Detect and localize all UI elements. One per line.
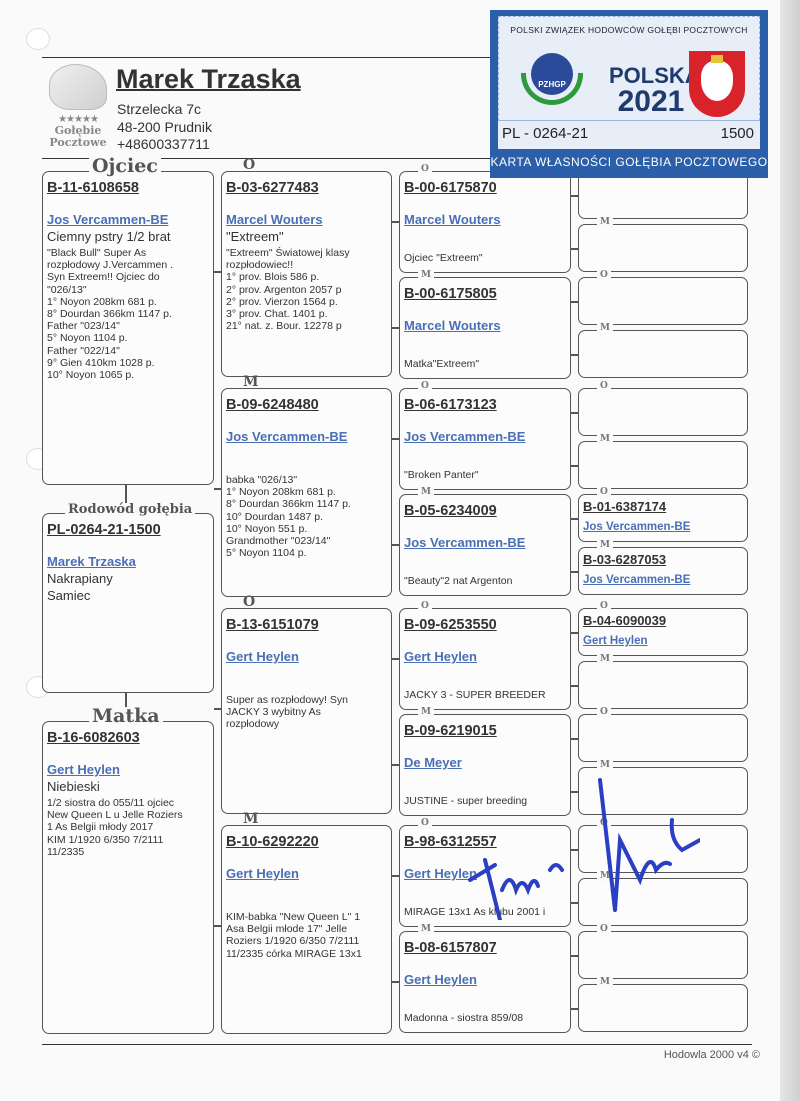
pigeon-head-icon (49, 64, 107, 110)
gg-grandparent-box[interactable]: O (578, 171, 748, 219)
sire-legend: Ojciec (89, 157, 161, 175)
gg-grandparent-box[interactable]: O (578, 714, 748, 762)
card-ring: PL - 0264-21 (502, 125, 588, 142)
connector (571, 791, 578, 793)
sex-legend: O (240, 597, 258, 608)
gg-grandparent-box[interactable]: OB-01-6387174Jos Vercammen-BE (578, 494, 748, 542)
sire-box[interactable]: Ojciec B-11-6108658 Jos Vercammen-BE Cie… (42, 171, 214, 485)
connector (571, 301, 578, 303)
notes: "Beauty"2 nat Argenton (404, 575, 512, 587)
sex-legend: O (597, 707, 611, 718)
sex-legend: O (597, 924, 611, 935)
connector (392, 875, 399, 877)
connector (571, 955, 578, 957)
card-panel: POLSKI ZWIĄZEK HODOWCÓW GOŁĘBI POCZTOWYC… (498, 16, 760, 136)
ownership-card: POLSKI ZWIĄZEK HODOWCÓW GOŁĘBI POCZTOWYC… (490, 10, 768, 178)
connector (571, 465, 578, 467)
connector (392, 438, 399, 440)
notes: "Extreem" Światowej klasy rozpłodowiec!!… (226, 247, 387, 332)
grandparent-box[interactable]: OB-13-6151079Gert HeylenSuper as rozpłod… (221, 608, 392, 814)
ring-number: B-10-6292220 (226, 834, 391, 850)
scan-edge (780, 0, 800, 1101)
notes: Ojciec "Extreem" (404, 252, 483, 264)
pigeon-breeder[interactable]: Marek Trzaska (47, 554, 213, 569)
sex-legend: O (597, 818, 611, 829)
connector (571, 354, 578, 356)
gg-grandparent-box[interactable]: O (578, 388, 748, 436)
card-number: 1500 (721, 125, 754, 142)
footer-rule (42, 1044, 752, 1045)
pzhgp-badge: PZHGP (531, 53, 573, 95)
connector (392, 764, 399, 766)
grandparent-box[interactable]: MB-10-6292220Gert HeylenKIM-babka "New Q… (221, 825, 392, 1034)
color-description: "Extreem" (226, 229, 391, 244)
notes: Super as rozpłodowy! Syn JACKY 3 wybitny… (226, 694, 387, 731)
software-credit: Hodowla 2000 v4 © (664, 1049, 760, 1061)
pzhgp-logo-icon: PZHGP (521, 47, 581, 107)
polish-eagle-icon (689, 51, 745, 117)
sex-legend: M (597, 760, 613, 771)
great-grandparent-box[interactable]: OB-06-6173123Jos Vercammen-BE"Broken Pan… (399, 388, 571, 490)
sex-legend: M (597, 323, 613, 334)
connector (392, 221, 399, 223)
ring-number: B-08-6157807 (404, 940, 570, 956)
notes: KIM-babka "New Queen L" 1 Asa Belgii mło… (226, 911, 387, 960)
breeder-link[interactable]: Gert Heylen (226, 866, 391, 881)
notes: babka "026/13" 1° Noyon 208km 681 p. 8° … (226, 474, 387, 559)
connector (571, 571, 578, 573)
connector (214, 488, 221, 490)
sex-legend: M (418, 270, 434, 281)
gg-grandparent-box[interactable]: MB-03-6287053Jos Vercammen-BE (578, 547, 748, 595)
sex-legend: M (597, 217, 613, 228)
breeder-link[interactable]: Marcel Wouters (226, 212, 391, 227)
great-grandparent-box[interactable]: MB-09-6219015De MeyerJUSTINE - super bre… (399, 714, 571, 816)
breeder-link[interactable]: Gert Heylen (226, 649, 391, 664)
pigeon-color: Nakrapiany (47, 571, 213, 586)
connector (571, 1008, 578, 1010)
gg-grandparent-box[interactable]: O (578, 277, 748, 325)
breeder-link[interactable]: Jos Vercammen-BE (404, 535, 570, 550)
sex-legend: M (240, 377, 262, 388)
gg-grandparent-box[interactable]: M (578, 224, 748, 272)
card-footer: KARTA WŁASNOŚCI GOŁĘBIA POCZTOWEGO (490, 155, 768, 169)
gg-grandparent-box[interactable]: O (578, 931, 748, 979)
sex-legend: O (418, 601, 432, 612)
breeder-link[interactable]: Jos Vercammen-BE (226, 429, 391, 444)
gg-grandparent-box[interactable]: M (578, 330, 748, 378)
ring-number: B-09-6253550 (404, 617, 570, 633)
breeder-link[interactable]: Marcel Wouters (404, 318, 570, 333)
pigeon-ring: PL-0264-21-1500 (47, 522, 213, 538)
gg-grandparent-box[interactable]: M (578, 767, 748, 815)
sire-breeder[interactable]: Jos Vercammen-BE (47, 212, 213, 227)
ring-number: B-00-6175870 (404, 180, 570, 196)
breeder-link[interactable]: Gert Heylen (404, 972, 570, 987)
connector (392, 658, 399, 660)
great-grandparent-box[interactable]: MB-08-6157807Gert HeylenMadonna - siostr… (399, 931, 571, 1033)
dam-color: Niebieski (47, 779, 213, 794)
sex-legend: O (418, 164, 432, 175)
sex-legend: M (597, 540, 613, 551)
ring-number: B-09-6219015 (404, 723, 570, 739)
ring-number: B-98-6312557 (404, 834, 570, 850)
breeder-link[interactable]: Jos Vercammen-BE (583, 521, 747, 533)
ring-number: B-00-6175805 (404, 286, 570, 302)
breeder-link[interactable]: Marcel Wouters (404, 212, 570, 227)
connector (571, 738, 578, 740)
connector (571, 685, 578, 687)
sex-legend: M (418, 487, 434, 498)
sire-color: Ciemny pstry 1/2 brat (47, 229, 213, 244)
eagle-icon (701, 61, 733, 101)
gg-grandparent-box[interactable]: M (578, 441, 748, 489)
sex-legend: M (597, 654, 613, 665)
breeder-link[interactable]: De Meyer (404, 755, 570, 770)
breeder-link[interactable]: Jos Vercammen-BE (404, 429, 570, 444)
sex-legend: M (597, 977, 613, 988)
breeder-link[interactable]: Gert Heylen (404, 649, 570, 664)
pigeon-legend: Rodowód gołębia (65, 503, 195, 516)
notes: MIRAGE 13x1 As klubu 2001 i (404, 906, 545, 918)
grandparent-box[interactable]: MB-09-6248480Jos Vercammen-BEbabka "026/… (221, 388, 392, 597)
sire-ring: B-11-6108658 (47, 180, 213, 196)
grandparent-box[interactable]: OB-03-6277483Marcel Wouters"Extreem""Ext… (221, 171, 392, 377)
dam-ring: B-16-6082603 (47, 730, 213, 746)
sex-legend: O (597, 270, 611, 281)
ring-number: B-03-6287053 (583, 552, 747, 567)
great-grandparent-box[interactable]: MB-00-6175805Marcel WoutersMatka"Extreem… (399, 277, 571, 379)
great-grandparent-box[interactable]: OB-09-6253550Gert HeylenJACKY 3 - SUPER … (399, 608, 571, 710)
gg-grandparent-box[interactable]: OB-04-6090039Gert Heylen (578, 608, 748, 656)
great-grandparent-box[interactable]: OB-00-6175870Marcel WoutersOjciec "Extre… (399, 171, 571, 273)
connector (392, 981, 399, 983)
notes: JUSTINE - super breeding (404, 795, 527, 807)
ring-number: B-03-6277483 (226, 180, 391, 196)
sex-legend: O (418, 818, 432, 829)
ring-number: B-05-6234009 (404, 503, 570, 519)
sex-legend: M (597, 871, 613, 882)
breeder-link[interactable]: Gert Heylen (404, 866, 570, 881)
pigeon-logo: ★★★★★ Gołębie Pocztowe (44, 64, 112, 152)
pigeon-sex: Samiec (47, 588, 213, 603)
card-year: 2021 (609, 89, 693, 115)
card-org: POLSKI ZWIĄZEK HODOWCÓW GOŁĘBI POCZTOWYC… (499, 25, 759, 35)
ring-number: B-06-6173123 (404, 397, 570, 413)
gg-grandparent-box[interactable]: M (578, 984, 748, 1032)
sex-legend: M (418, 924, 434, 935)
great-grandparent-box[interactable]: OB-98-6312557Gert HeylenMIRAGE 13x1 As k… (399, 825, 571, 927)
dam-breeder[interactable]: Gert Heylen (47, 762, 213, 777)
logo-text-2: Pocztowe (44, 137, 112, 149)
owner-street: Strzelecka 7c (117, 101, 201, 117)
connector (392, 327, 399, 329)
sire-notes: "Black Bull" Super As rozpłodowy J.Verca… (47, 247, 209, 381)
sex-legend: M (418, 707, 434, 718)
sex-legend: M (240, 814, 262, 825)
punch-hole (26, 28, 50, 50)
owner-phone: +48600337711 (117, 136, 210, 152)
owner-city: 48-200 Prudnik (117, 119, 212, 135)
ring-number: B-09-6248480 (226, 397, 391, 413)
sex-legend: M (597, 434, 613, 445)
ring-number: B-01-6387174 (583, 499, 747, 514)
breeder-link[interactable]: Gert Heylen (583, 635, 747, 647)
notes: "Broken Panter" (404, 469, 479, 481)
sex-legend: O (240, 160, 258, 171)
header-top-rule (42, 57, 492, 58)
card-ring-row: PL - 0264-21 1500 (498, 120, 760, 149)
connector (571, 849, 578, 851)
pigeon-box[interactable]: Rodowód gołębia PL-0264-21-1500 Marek Tr… (42, 513, 214, 693)
connector (214, 708, 221, 710)
gg-grandparent-box[interactable]: O (578, 825, 748, 873)
connector (571, 518, 578, 520)
breeder-link[interactable]: Jos Vercammen-BE (583, 574, 747, 586)
sex-legend: O (597, 601, 611, 612)
sex-legend: O (597, 487, 611, 498)
ring-number: B-04-6090039 (583, 613, 747, 628)
connector (214, 925, 221, 927)
gg-grandparent-box[interactable]: M (578, 661, 748, 709)
connector (571, 195, 578, 197)
notes: Matka"Extreem" (404, 358, 479, 370)
connector (392, 544, 399, 546)
notes: JACKY 3 - SUPER BREEDER (404, 689, 546, 701)
great-grandparent-box[interactable]: MB-05-6234009Jos Vercammen-BE"Beauty"2 n… (399, 494, 571, 596)
crown-icon (711, 55, 723, 63)
sex-legend: O (418, 381, 432, 392)
ring-number: B-13-6151079 (226, 617, 391, 633)
dam-legend: Matka (89, 707, 163, 725)
connector (571, 902, 578, 904)
connector (571, 248, 578, 250)
sex-legend: O (597, 381, 611, 392)
owner-name: Marek Trzaska (116, 64, 301, 95)
card-country: POLSKA 2021 (609, 63, 693, 115)
connector (214, 271, 221, 273)
dam-notes: 1/2 siostra do 055/11 ojciec New Queen L… (47, 797, 209, 858)
notes: Madonna - siostra 859/08 (404, 1012, 523, 1024)
dam-box[interactable]: Matka B-16-6082603 Gert Heylen Niebieski… (42, 721, 214, 1034)
gg-grandparent-box[interactable]: M (578, 878, 748, 926)
connector (571, 412, 578, 414)
connector (571, 632, 578, 634)
